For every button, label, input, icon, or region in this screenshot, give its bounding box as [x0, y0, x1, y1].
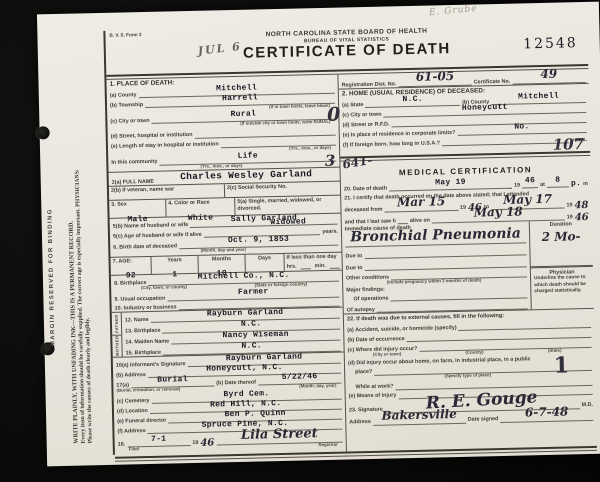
registrar-hint: Registrar — [318, 443, 337, 448]
death-time-field: 8 — [547, 168, 569, 187]
physician-address-field: Bakersville — [373, 404, 466, 425]
last-seen-year-value: 46 — [575, 213, 589, 222]
certificate-form: B. V. S. Form 3 JUL 6 NORTH CAROLINA STA… — [103, 20, 596, 455]
corporate-limits-value: No. — [514, 123, 529, 131]
full-name-value: Charles Wesley Garland — [180, 170, 312, 182]
margin-instructions: WRITE PLAINLY, WITH UNFADING INK—THIS IS… — [64, 45, 95, 443]
home-city-value: Honeycutt — [462, 104, 508, 113]
photo-background: MARGIN RESERVED FOR BINDING WRITE PLAINL… — [0, 0, 600, 482]
registration-district-value: 61-05 — [416, 71, 455, 83]
handwritten-code: 641- — [342, 154, 374, 171]
birth-date-value: Oct. 9, 1853 — [228, 236, 289, 245]
cause-of-death-block: Immediate cause of death Bronchial Pneum… — [342, 220, 593, 272]
form-number: B. V. S. Form 3 — [109, 33, 141, 38]
physician-address-value: Bakersville — [381, 409, 456, 422]
age-less-label: If less than one day — [286, 254, 339, 261]
occupation-value: Farmer — [238, 288, 269, 297]
certificate-number-value: 49 — [540, 69, 557, 80]
last-seen-value: May 18 — [474, 206, 523, 218]
filed-number-label: 18. — [118, 441, 126, 447]
birth-date-field: Oct. 9, 1853 — [179, 227, 339, 250]
injury-city-hint: (City or town) — [373, 352, 401, 357]
serial-number: 12548 — [523, 36, 578, 51]
registration-district-label: Registration Dist. No. — [342, 81, 397, 88]
left-column: 1. PLACE OF DEATH: (a) County Mitchell (… — [106, 75, 346, 457]
community-label: In this community — [111, 159, 157, 166]
filed-hint: Filed — [129, 447, 139, 452]
of-autopsy-label: Of autopsy — [347, 306, 375, 313]
other-conditions-label: Other conditions — [346, 274, 389, 281]
birthplace-label: 8. Birthplace — [114, 280, 146, 287]
death-time-value: 8 — [555, 177, 560, 185]
binding-margin-label: MARGIN RESERVED FOR BINDING — [47, 208, 56, 346]
ssn-label: 2(c) Social Security No. — [227, 183, 338, 192]
spouse-value: Sally Garland — [231, 215, 297, 225]
injury-county-hint: (County) — [465, 350, 483, 355]
other-conditions-block: Other conditions (Include pregnancy with… — [343, 266, 594, 314]
father-side-label: FATHER — [114, 314, 118, 333]
filed-date-field: 7-1 — [127, 427, 191, 447]
physician-address-label: Address — [349, 419, 371, 426]
full-name-label: 2(a) FULL NAME — [112, 179, 154, 186]
mother-side-label: MOTHER — [115, 336, 119, 356]
duration-value: 2 Mo- — [542, 231, 581, 243]
certificate-number-field: 49 — [512, 64, 586, 85]
full-name-field: Charles Wesley Garland — [156, 163, 337, 185]
certificate-paper: MARGIN RESERVED FOR BINDING WRITE PLAINL… — [37, 2, 600, 467]
date-signed-label: Date signed — [468, 416, 499, 423]
certificate-number-label: Certificate No. — [474, 79, 511, 86]
immediate-cause-value: Bronchial Pneumonia — [350, 228, 521, 244]
pencil-annotation: E. Grube — [429, 5, 478, 18]
filed-year-prefix: 19 — [192, 440, 198, 446]
last-seen-field: May 18 — [432, 202, 565, 224]
handwritten-107: 107 — [553, 137, 585, 153]
injury-place-label-2: place? — [355, 369, 372, 376]
date-signed-field: 6-7-48 — [500, 401, 593, 422]
death-date-value: May 19 — [435, 179, 466, 188]
city-label: (c) City or town — [110, 118, 149, 125]
filed-year-value: 46 — [200, 438, 214, 447]
community-field: Life — [159, 142, 336, 165]
city-value: Rural — [231, 110, 257, 119]
right-column: Registration Dist. No. 61-05 Certificate… — [338, 69, 596, 452]
handwritten-tally: 1 — [553, 354, 569, 376]
registration-district-field: 61-05 — [398, 67, 472, 88]
date-signed-value: 6-7-48 — [525, 406, 569, 418]
veteran-label: 2(b) If veteran, name war — [111, 186, 222, 195]
registrar-signature-value: Lila Street — [241, 428, 318, 441]
registrar-signature-field: Lila Street — [216, 424, 343, 446]
last-seen-year-prefix: 19 — [567, 214, 573, 220]
burial-number-label: 17(a) — [116, 382, 129, 388]
death-year-value: 46 — [525, 177, 535, 185]
filed-date-value: 7-1 — [151, 436, 166, 444]
community-value: Life — [237, 152, 258, 160]
punch-hole-top — [36, 126, 49, 139]
death-year-field: 46 — [522, 169, 538, 188]
physician-note: Underline the cause to which death shoul… — [534, 275, 590, 296]
township-label: (b) Township — [110, 102, 143, 109]
